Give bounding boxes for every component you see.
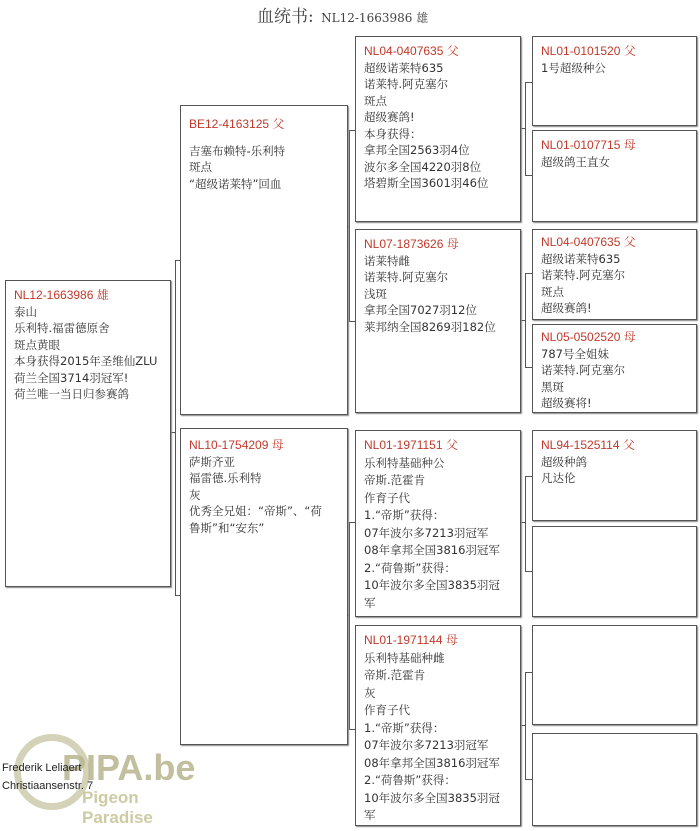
ring-number: NL07-1873626 母 [364,236,512,253]
info-line: 超级诺莱特635 [541,251,688,268]
info-line: 诺莱特.阿克塞尔 [364,269,512,286]
pedigree-title: 血统书: NL12-1663986 雄 [257,2,428,27]
owner-address: Christiaansenstr. 7 [2,780,93,792]
subject-line: 斑点黄眼 [14,337,162,354]
info-line: 10年波尔多全国3835羽冠 [364,577,512,595]
info-line: 塔碧斯全国3601羽46位 [364,175,512,192]
dam-card: NL10-1754209 母 萨斯齐亚 福雷德.乐利特 灰 优秀全兄姐：“帝斯”… [180,428,348,745]
info-line: 帝斯.范霍肯 [364,472,512,490]
info-line: 军 [364,807,512,825]
dam-dam-card: NL01-1971144 母 乐利特基础种雌 帝斯.范霍肯 灰 作育子代 1.“… [355,625,521,826]
info-line: 乐利特基础种公 [364,455,512,473]
info-line: 08年拿邦全国3816羽冠军 [364,755,512,773]
dam-line: 福雷德.乐利特 [189,470,339,487]
info-line: 超级赛将! [541,395,688,412]
info-line: 诺莱特.阿克塞尔 [541,267,688,284]
info-line: 超级诺莱特635 [364,60,512,77]
subject-line: 荷兰唯一当日归参赛鸽 [14,386,162,403]
info-line: 2.“荷鲁斯”获得： [364,772,512,790]
info-line: 10年波尔多全国3835羽冠 [364,790,512,808]
info-line: 超级鸽王直女 [541,154,688,171]
dam-line: 鲁斯”和“安东” [189,520,339,537]
sire-line: 吉塞布赖特-乐利特 [189,143,339,160]
ring-number: NL01-0101520 父 [541,43,688,60]
sire-ring-number: BE12-4163125 父 [189,116,339,133]
info-line: 08年拿邦全国3816羽冠军 [364,542,512,560]
info-line: 2.“荷鲁斯”获得： [364,560,512,578]
info-line: 乐利特基础种雌 [364,650,512,668]
info-line: 787号全姐妹 [541,346,688,363]
info-line: 超级种鸽 [541,454,688,471]
subject-line: 本身获得2015年圣维仙ZLU [14,353,162,370]
gen4-card-8 [532,733,697,826]
dam-line: 灰 [189,487,339,504]
gen4-card-1: NL01-0101520 父 1号超级种公 [532,36,697,126]
info-line: 波尔多全国4220羽8位 [364,159,512,176]
ring-number: NL05-0502520 母 [541,329,688,346]
info-line: 斑点 [364,93,512,110]
subject-pigeon-card: NL12-1663986 雄 泰山 乐利特.福雷德原舍 斑点黄眼 本身获得201… [5,280,171,587]
subject-line: 泰山 [14,304,162,321]
info-line: 1.“帝斯”获得： [364,507,512,525]
ring-number: NL01-1971151 父 [364,437,512,455]
info-line: 斑点 [541,284,688,301]
info-line: 黑斑 [541,379,688,396]
owner-name: Frederik Leliaert [2,762,81,774]
subject-line: 乐利特.福雷德原舍 [14,320,162,337]
info-line: 莱邦纳全国8269羽182位 [364,319,512,336]
gen4-card-4: NL05-0502520 母 787号全姐妹 诺莱特.阿克塞尔 黑斑 超级赛将! [532,324,697,413]
ring-number: NL04-0407635 父 [364,43,512,60]
info-line: 拿邦全国7027羽12位 [364,302,512,319]
info-line: 本身获得： [364,126,512,143]
dam-sire-card: NL01-1971151 父 乐利特基础种公 帝斯.范霍肯 作育子代 1.“帝斯… [355,430,521,617]
ring-number: NL94-1525114 父 [541,437,688,454]
subject-ring-number: NL12-1663986 雄 [14,287,162,304]
info-line: 诺莱特.阿克塞尔 [541,362,688,379]
ring-number: NL01-0107715 母 [541,137,688,154]
info-line: 凡达伦 [541,470,688,487]
ring-number: NL04-0407635 父 [541,234,688,251]
info-line: 浅斑 [364,286,512,303]
info-line: 诺莱特雌 [364,253,512,270]
sire-line: “超级诺莱特”回血 [189,176,339,193]
sire-dam-card: NL07-1873626 母 诺莱特雌 诺莱特.阿克塞尔 浅斑 拿邦全国7027… [355,229,521,413]
sire-card: BE12-4163125 父 吉塞布赖特-乐利特 斑点 “超级诺莱特”回血 [180,105,348,415]
info-line: 拿邦全国2563羽4位 [364,142,512,159]
info-line: 作育子代 [364,490,512,508]
watermark: PIPA.be Pigeon Paradise Frederik Leliaer… [2,742,202,827]
info-line: 灰 [364,685,512,703]
info-line: 1号超级种公 [541,60,688,77]
watermark-tagline: Pigeon Paradise [82,788,202,828]
sire-sire-card: NL04-0407635 父 超级诺莱特635 诺莱特.阿克塞尔 斑点 超级赛鸽… [355,36,521,222]
info-line: 帝斯.范霍肯 [364,667,512,685]
ring-number: NL01-1971144 母 [364,632,512,650]
subject-line: 荷兰全国3714羽冠军! [14,370,162,387]
sire-line: 斑点 [189,159,339,176]
info-line: 超级赛鸽! [541,300,688,317]
title-main: 血统书: [257,7,314,27]
info-line: 超级赛鸽! [364,109,512,126]
gen4-card-2: NL01-0107715 母 超级鸽王直女 [532,130,697,222]
info-line: 07年波尔多7213羽冠军 [364,525,512,543]
title-ring: NL12-1663986 雄 [321,11,428,25]
info-line: 军 [364,595,512,613]
info-line: 1.“帝斯”获得： [364,720,512,738]
info-line: 07年波尔多7213羽冠军 [364,737,512,755]
gen4-card-3: NL04-0407635 父 超级诺莱特635 诺莱特.阿克塞尔 斑点 超级赛鸽… [532,229,697,320]
info-line: 作育子代 [364,702,512,720]
info-line: 诺莱特.阿克塞尔 [364,76,512,93]
dam-ring-number: NL10-1754209 母 [189,437,339,454]
dam-line: 优秀全兄姐：“帝斯”、“荷 [189,503,339,520]
gen4-card-7 [532,625,697,725]
gen4-card-6 [532,526,697,617]
dam-line: 萨斯齐亚 [189,454,339,471]
gen4-card-5: NL94-1525114 父 超级种鸽 凡达伦 [532,430,697,521]
